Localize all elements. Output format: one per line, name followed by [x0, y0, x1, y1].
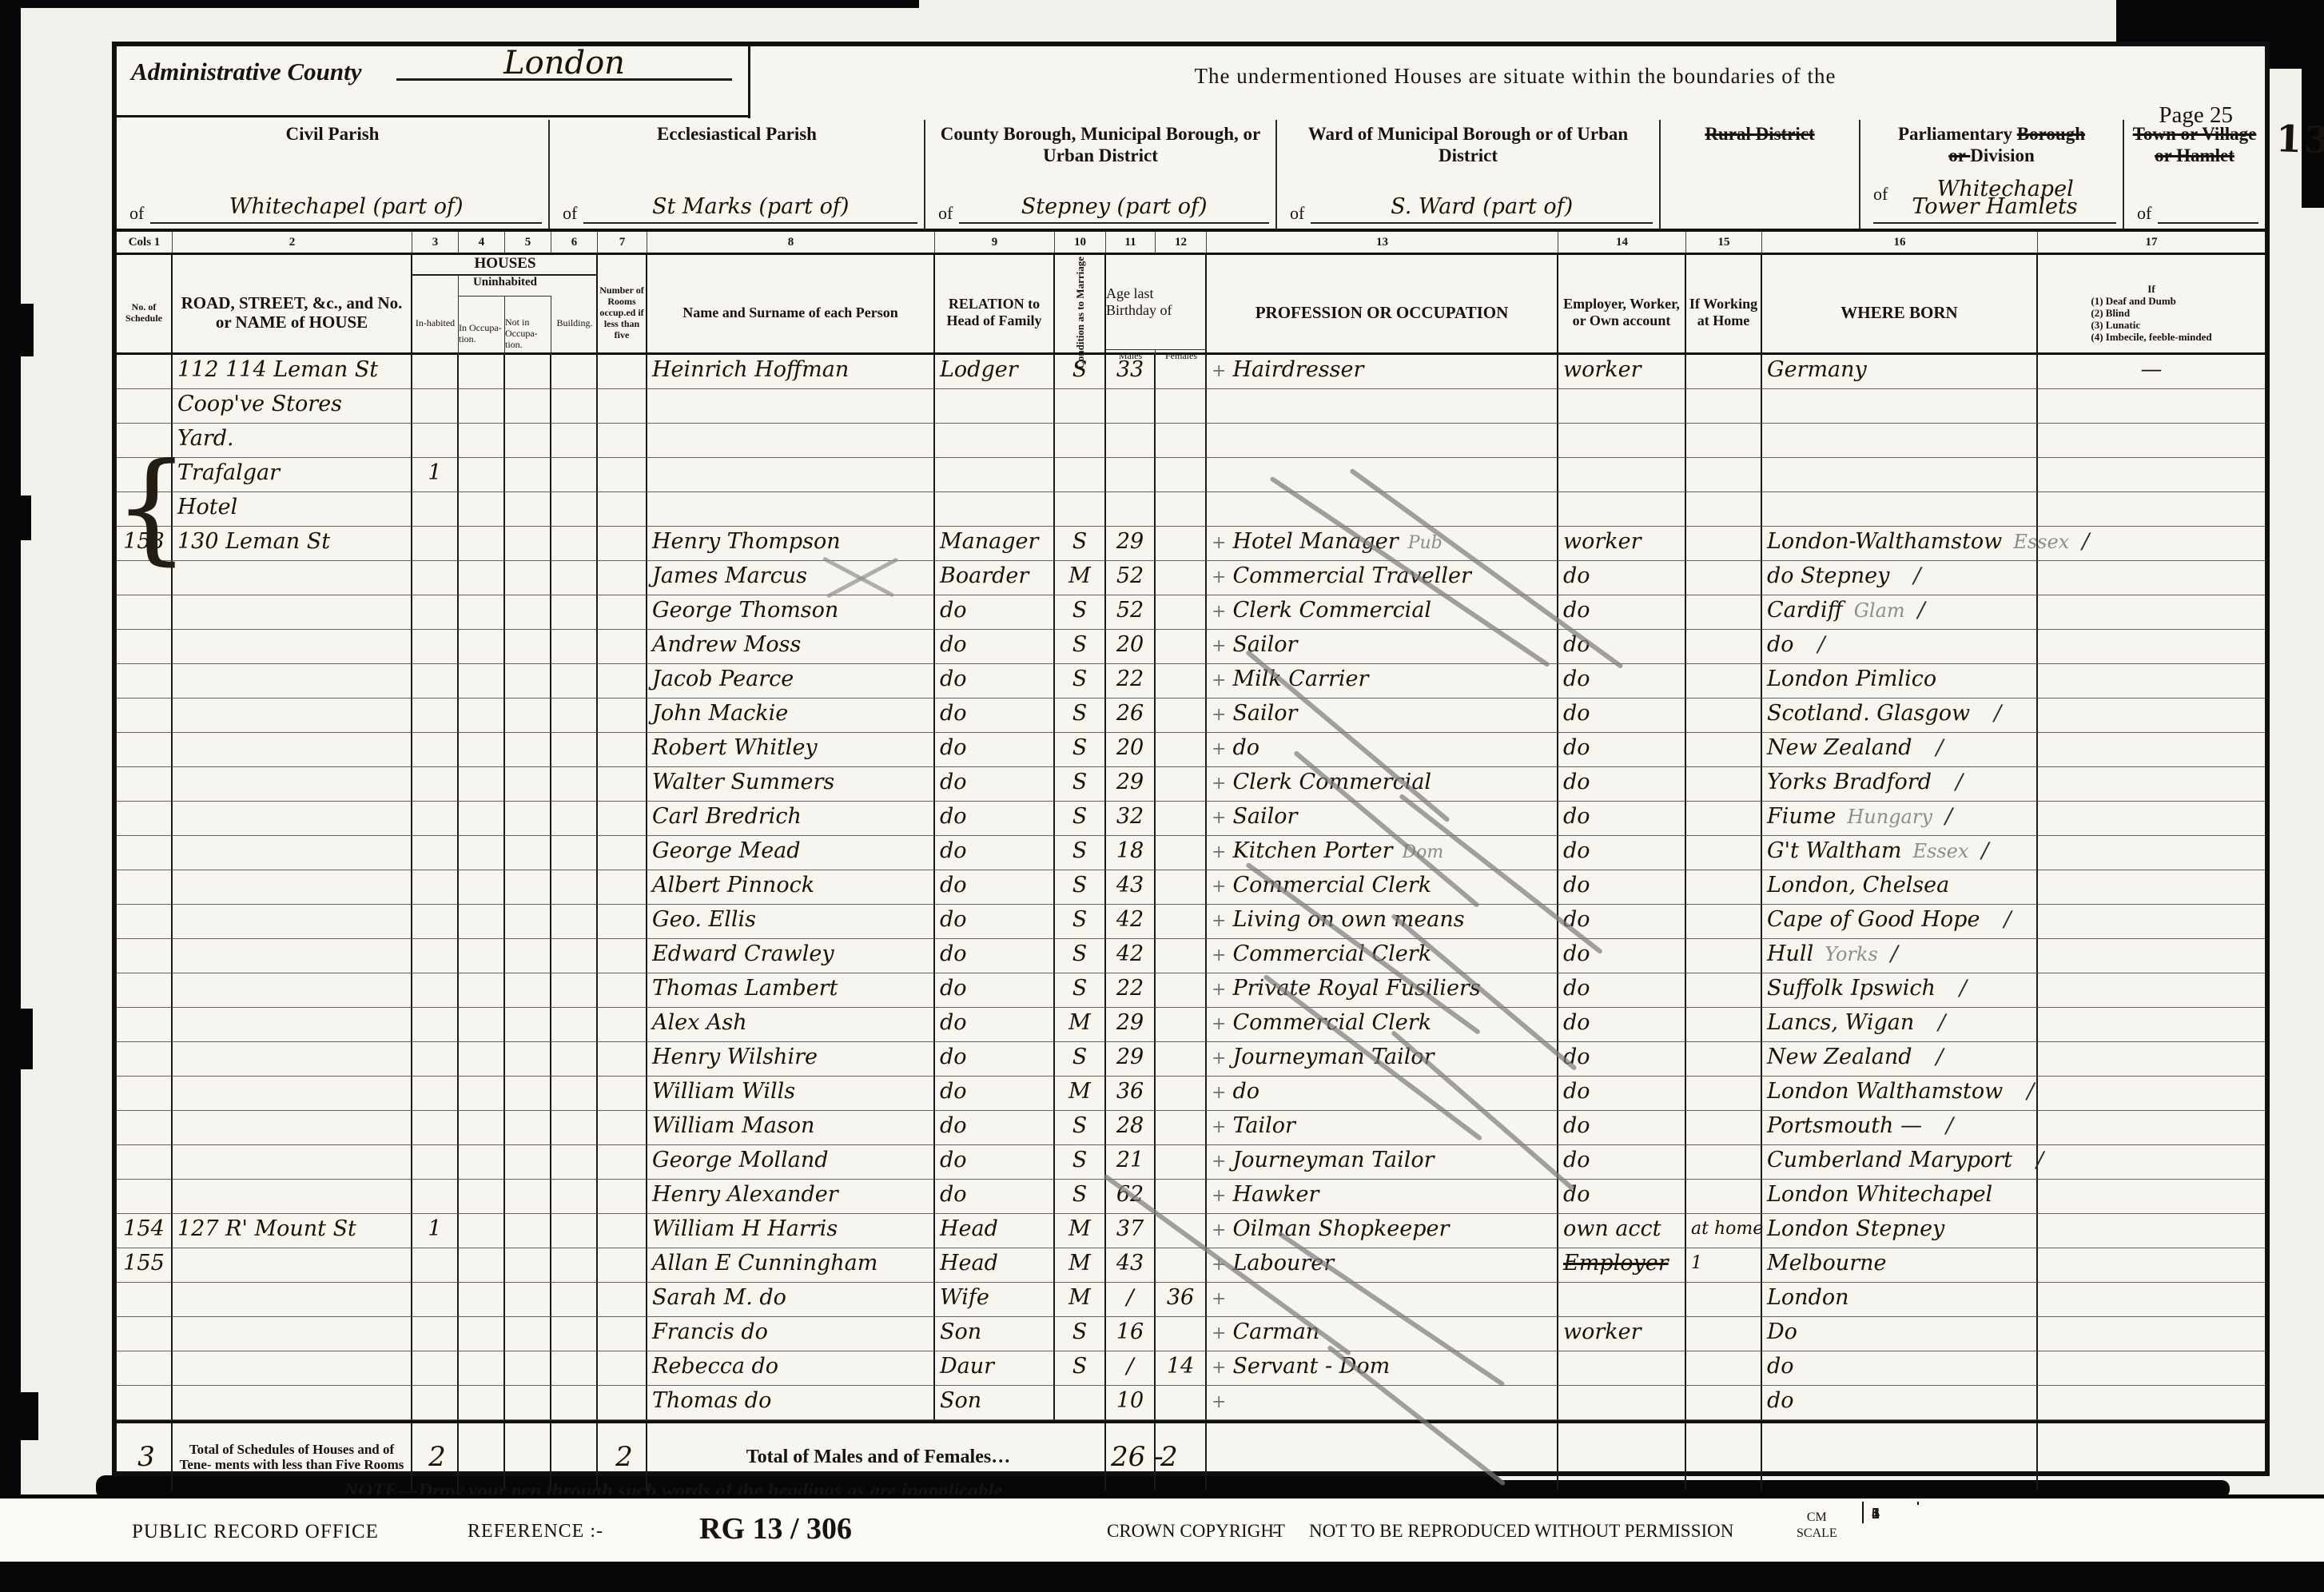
cell-at-home: [1686, 767, 1762, 802]
cell-name: George Mead: [647, 836, 935, 870]
cell-occupation: +Milk Carrier: [1207, 664, 1558, 698]
cell-relation: do: [935, 664, 1055, 698]
born-pencil-note: Hungary: [1847, 806, 1932, 828]
cell-employer: do: [1558, 767, 1686, 802]
pro-reference-label: REFERENCE :-: [468, 1521, 603, 1542]
cell-born: London, Chelsea: [1762, 870, 2038, 905]
born-tick: ∕: [1946, 1113, 1953, 1138]
born-text: Do: [1767, 1319, 1797, 1344]
administrative-county-value: London: [396, 48, 732, 81]
cell-age-male: 21: [1106, 1145, 1156, 1180]
cell-uninhabited-not-occupation: [505, 1386, 551, 1420]
cell-uninhabited-not-occupation: [505, 1214, 551, 1248]
cell-relation: Boarder: [935, 561, 1055, 595]
cell-road: 127 R' Mount St: [173, 1214, 412, 1248]
cell-name: Geo. Ellis: [647, 905, 935, 939]
cm-scale-cell-end: [1862, 1502, 1919, 1505]
county-borough-box: County Borough, Municipal Borough, or Ur…: [924, 120, 1275, 229]
born-text: Cumberland Maryport: [1767, 1148, 2012, 1172]
cell-schedule: [117, 802, 173, 836]
header-rule: [117, 115, 748, 117]
table-header: No. of Schedule ROAD, STREET, &c., and N…: [117, 255, 2265, 355]
cell-born: do: [1762, 1351, 2038, 1386]
cell-rooms: [598, 1283, 647, 1317]
born-text: London Whitechapel: [1767, 1182, 1992, 1207]
cell-age-female: [1156, 767, 1207, 802]
cell-rooms: [598, 836, 647, 870]
table-row: George Thomson do S 52 +Clerk Commercial…: [117, 595, 2265, 630]
born-text: do: [1767, 632, 1794, 657]
table-row: Trafalgar 1: [117, 458, 2265, 492]
cell-uninhabited-in-occupation: [459, 1248, 505, 1283]
cell-born: New Zealand∕: [1762, 733, 2038, 767]
employer-text: do: [1563, 598, 1590, 623]
cell-road: [173, 767, 412, 802]
cell-born: G't WalthamEssex∕: [1762, 836, 2038, 870]
scan-blot: [21, 1009, 33, 1069]
cell-at-home: [1686, 1008, 1762, 1042]
cell-employer: worker: [1558, 355, 1686, 389]
cell-at-home: [1686, 973, 1762, 1008]
public-record-office-bar: PUBLIC RECORD OFFICE REFERENCE :- RG 13 …: [0, 1494, 2324, 1566]
column-number-15: 15: [1686, 232, 1762, 253]
cell-road: [173, 630, 412, 664]
occupation-text: Journeyman Tailor: [1232, 1045, 1434, 1069]
cell-condition: [1055, 389, 1106, 424]
pro-office-label: PUBLIC RECORD OFFICE: [132, 1521, 379, 1543]
table-row: Robert Whitley do S 20 +do do New Zealan…: [117, 733, 2265, 767]
table-row: John Mackie do S 26 +Sailor do Scotland.…: [117, 698, 2265, 733]
total-schedules-value: 3: [117, 1423, 173, 1491]
cell-uninhabited-in-occupation: [459, 802, 505, 836]
cell-at-home: [1686, 802, 1762, 836]
column-number-4: 4: [459, 232, 505, 253]
cell-age-male: 36: [1106, 1077, 1156, 1111]
table-body: 112 114 Leman St Heinrich Hoffman Lodger…: [117, 355, 2265, 1420]
cell-rooms: [598, 905, 647, 939]
enumerator-mark: +: [1212, 1049, 1226, 1069]
cell-uninhabited-not-occupation: [505, 836, 551, 870]
cell-schedule: [117, 1042, 173, 1077]
column-number-17: 17: [2038, 232, 2265, 253]
employer-text: do: [1563, 941, 1590, 966]
cell-employer: do: [1558, 733, 1686, 767]
cell-condition: S: [1055, 939, 1106, 973]
header-boxes: Civil Parish of Whitechapel (part of) Ec…: [117, 120, 2265, 229]
cell-building: [551, 802, 598, 836]
cell-employer: [1558, 1351, 1686, 1386]
cell-infirmity: [2038, 1248, 2265, 1283]
cell-age-female: [1156, 1077, 1207, 1111]
cell-age-female: [1156, 1145, 1207, 1180]
civil-parish-value: Whitechapel (part of): [150, 192, 542, 224]
cell-uninhabited-in-occupation: [459, 630, 505, 664]
cell-uninhabited-in-occupation: [459, 595, 505, 630]
cell-uninhabited-in-occupation: [459, 458, 505, 492]
born-text: Scotland. Glasgow: [1767, 701, 1970, 726]
cell-uninhabited-in-occupation: [459, 733, 505, 767]
cell-uninhabited-not-occupation: [505, 527, 551, 561]
column-number-6: 6: [551, 232, 598, 253]
schedule-brace: {: [113, 448, 189, 567]
born-tick: ∕: [1938, 1010, 1945, 1035]
cell-infirmity: [2038, 973, 2265, 1008]
cell-infirmity: [2038, 527, 2265, 561]
cell-employer: do: [1558, 973, 1686, 1008]
ward-title: Ward of Municipal Borough or of Urban Di…: [1277, 123, 1659, 166]
cell-age-female: [1156, 424, 1207, 458]
cell-building: [551, 1111, 598, 1145]
cell-building: [551, 939, 598, 973]
col-infirmity: If (1) Deaf and Dumb (2) Blind (3) Lunat…: [2038, 255, 2265, 370]
table-row: Henry Alexander do S 62 +Hawker do Londo…: [117, 1180, 2265, 1214]
cell-road: [173, 1008, 412, 1042]
cell-employer: [1558, 424, 1686, 458]
cell-uninhabited-in-occupation: [459, 1008, 505, 1042]
column-number-14: 14: [1558, 232, 1686, 253]
cell-employer: worker: [1558, 1317, 1686, 1351]
cell-infirmity: [2038, 1111, 2265, 1145]
cell-road: [173, 698, 412, 733]
cell-relation: do: [935, 939, 1055, 973]
cell-name: James Marcus: [647, 561, 935, 595]
cell-at-home: [1686, 870, 1762, 905]
cell-road: [173, 1042, 412, 1077]
cell-inhabited: [412, 595, 459, 630]
enumerator-mark: +: [1212, 533, 1226, 553]
cell-infirmity: [2038, 389, 2265, 424]
cell-name: William Mason: [647, 1111, 935, 1145]
cell-relation: do: [935, 733, 1055, 767]
cell-occupation: +Journeyman Tailor: [1207, 1042, 1558, 1077]
cell-employer: do: [1558, 1180, 1686, 1214]
cell-occupation: +Living on own means: [1207, 905, 1558, 939]
cell-infirmity: [2038, 1351, 2265, 1386]
cell-age-male: 29: [1106, 527, 1156, 561]
cell-inhabited: [412, 905, 459, 939]
cell-name: Sarah M. do: [647, 1283, 935, 1317]
cell-uninhabited-not-occupation: [505, 733, 551, 767]
cell-uninhabited-in-occupation: [459, 870, 505, 905]
cell-infirmity: [2038, 1214, 2265, 1248]
cell-age-female: [1156, 1386, 1207, 1420]
cell-age-male: 16: [1106, 1317, 1156, 1351]
cell-rooms: [598, 870, 647, 905]
cell-infirmity: [2038, 458, 2265, 492]
cell-condition: S: [1055, 664, 1106, 698]
employer-text: do: [1563, 976, 1590, 1001]
cell-uninhabited-in-occupation: [459, 973, 505, 1008]
enumerator-mark: +: [1212, 1186, 1226, 1206]
cell-born: London Stepney: [1762, 1214, 2038, 1248]
census-form: Administrative County London The underme…: [112, 42, 2270, 1476]
borough-struck: Borough: [2017, 124, 2085, 144]
total-males: 26 -: [1106, 1423, 1156, 1491]
cell-road: [173, 1283, 412, 1317]
cell-condition: M: [1055, 1008, 1106, 1042]
born-text: Melbourne: [1767, 1251, 1886, 1276]
cell-born: Melbourne: [1762, 1248, 2038, 1283]
born-text: Yorks Bradford: [1767, 770, 1932, 794]
table-row: Geo. Ellis do S 42 +Living on own means …: [117, 905, 2265, 939]
cell-born: [1762, 492, 2038, 527]
occupation-text: Sailor: [1232, 804, 1297, 829]
cell-uninhabited-not-occupation: [505, 389, 551, 424]
col-age-group: Age last Birthday of Males Females: [1106, 255, 1207, 370]
cell-uninhabited-in-occupation: [459, 664, 505, 698]
cell-born: HullYorks∕: [1762, 939, 2038, 973]
cell-infirmity: [2038, 939, 2265, 973]
cell-road: [173, 836, 412, 870]
cell-uninhabited-not-occupation: [505, 870, 551, 905]
col-uninhabited: Uninhabited: [459, 276, 551, 297]
cm-scale-cell-6: 6: [1862, 1502, 1919, 1523]
cell-road: 112 114 Leman St: [173, 355, 412, 389]
cell-name: [647, 424, 935, 458]
col-rooms: Number of Rooms occup.ed if less than fi…: [598, 255, 647, 370]
cell-born: Yorks Bradford∕: [1762, 767, 2038, 802]
cell-age-male: [1106, 492, 1156, 527]
cell-age-female: [1156, 355, 1207, 389]
cell-inhabited: [412, 939, 459, 973]
town-village-title: Town or Village or Hamlet: [2124, 123, 2265, 166]
cell-relation: Head: [935, 1248, 1055, 1283]
cell-road: [173, 870, 412, 905]
of-label: of: [938, 203, 953, 224]
column-number-10: 10: [1055, 232, 1106, 253]
cell-building: [551, 1077, 598, 1111]
cell-age-female: [1156, 595, 1207, 630]
cell-employer: do: [1558, 870, 1686, 905]
cell-inhabited: [412, 698, 459, 733]
employer-text: do: [1563, 804, 1590, 829]
cell-at-home: [1686, 939, 1762, 973]
cell-schedule: [117, 389, 173, 424]
cell-rooms: [598, 355, 647, 389]
cell-building: [551, 664, 598, 698]
column-number-8: 8: [647, 232, 935, 253]
cell-infirmity: [2038, 1042, 2265, 1077]
cell-born: do: [1762, 1386, 2038, 1420]
infirmity-if: If: [2091, 283, 2211, 295]
cell-employer: do: [1558, 802, 1686, 836]
cell-employer: [1558, 389, 1686, 424]
cell-occupation: +Kitchen PorterDom: [1207, 836, 1558, 870]
cell-at-home: [1686, 424, 1762, 458]
cell-uninhabited-in-occupation: [459, 355, 505, 389]
of-label: of: [2137, 203, 2151, 224]
cell-name: [647, 492, 935, 527]
cell-uninhabited-not-occupation: [505, 1111, 551, 1145]
division-word: Division: [1970, 145, 2035, 165]
cell-schedule: [117, 905, 173, 939]
cell-inhabited: [412, 836, 459, 870]
cell-name: Allan E Cunningham: [647, 1248, 935, 1283]
cell-name: George Thomson: [647, 595, 935, 630]
cell-rooms: [598, 458, 647, 492]
cell-schedule: 155: [117, 1248, 173, 1283]
cell-employer: Employer: [1558, 1248, 1686, 1283]
cell-rooms: [598, 1008, 647, 1042]
cell-schedule: [117, 1317, 173, 1351]
cell-occupation: +Oilman Shopkeeper: [1207, 1214, 1558, 1248]
cell-born: Cape of Good Hope∕: [1762, 905, 2038, 939]
cell-at-home: 1: [1686, 1248, 1762, 1283]
cell-uninhabited-in-occupation: [459, 1077, 505, 1111]
born-text: do: [1767, 1354, 1794, 1379]
cell-occupation: [1207, 458, 1558, 492]
cell-age-male: 37: [1106, 1214, 1156, 1248]
column-number-3: 3: [412, 232, 459, 253]
cell-born: London-WalthamstowEssex∕: [1762, 527, 2038, 561]
born-pencil-note: Glam: [1854, 599, 1905, 622]
cell-uninhabited-in-occupation: [459, 939, 505, 973]
cell-born: London Pimlico: [1762, 664, 2038, 698]
parliamentary-word: Parliamentary: [1898, 124, 2017, 144]
or-struck: or: [1948, 145, 1970, 165]
cell-born: [1762, 458, 2038, 492]
cell-uninhabited-not-occupation: [505, 1248, 551, 1283]
cell-building: [551, 698, 598, 733]
occupation-text: Sailor: [1232, 701, 1297, 726]
cell-uninhabited-in-occupation: [459, 1145, 505, 1180]
col-at-home: If Working at Home: [1686, 255, 1762, 370]
cell-uninhabited-in-occupation: [459, 905, 505, 939]
cell-at-home: at home: [1686, 1214, 1762, 1248]
table-row: Yard.: [117, 424, 2265, 458]
enumerator-mark: +: [1212, 1323, 1226, 1343]
cell-building: [551, 389, 598, 424]
cell-born: [1762, 389, 2038, 424]
pro-cm-scale-label: CM SCALE: [1797, 1510, 1837, 1542]
cell-at-home: [1686, 1317, 1762, 1351]
cell-occupation: +Clerk Commercial: [1207, 595, 1558, 630]
cell-inhabited: [412, 767, 459, 802]
administrative-county-label: Administrative County: [131, 58, 362, 86]
cell-at-home: [1686, 1180, 1762, 1214]
cell-employer: worker: [1558, 527, 1686, 561]
cell-relation: [935, 492, 1055, 527]
cell-uninhabited-not-occupation: [505, 1042, 551, 1077]
cell-inhabited: [412, 492, 459, 527]
cell-age-female: [1156, 870, 1207, 905]
cell-age-female: [1156, 733, 1207, 767]
born-pencil-note: Yorks: [1825, 943, 1878, 965]
cell-infirmity: [2038, 424, 2265, 458]
employer-text: do: [1563, 838, 1590, 863]
cell-at-home: [1686, 630, 1762, 664]
cell-inhabited: [412, 1145, 459, 1180]
cell-infirmity: [2038, 698, 2265, 733]
cell-age-female: [1156, 1317, 1207, 1351]
column-number-11: 11: [1106, 232, 1156, 253]
cell-born: London Whitechapel: [1762, 1180, 2038, 1214]
cell-relation: do: [935, 698, 1055, 733]
column-number-16: 16: [1762, 232, 2038, 253]
employer-text: own acct: [1563, 1216, 1661, 1241]
cell-born: New Zealand∕: [1762, 1042, 2038, 1077]
born-tick: ∕: [2027, 1079, 2034, 1104]
cell-inhabited: 1: [412, 1214, 459, 1248]
table-row: Edward Crawley do S 42 +Commercial Clerk…: [117, 939, 2265, 973]
occupation-text: Hairdresser: [1232, 357, 1363, 382]
cell-at-home: [1686, 905, 1762, 939]
cell-uninhabited-in-occupation: [459, 1386, 505, 1420]
cell-name: Heinrich Hoffman: [647, 355, 935, 389]
cell-age-female: [1156, 1180, 1207, 1214]
cell-employer: [1558, 1283, 1686, 1317]
born-text: London: [1767, 1285, 1849, 1310]
enumerator-mark: +: [1212, 602, 1226, 622]
cell-age-male: 28: [1106, 1111, 1156, 1145]
enumerator-mark: +: [1212, 1117, 1226, 1137]
cell-uninhabited-not-occupation: [505, 1180, 551, 1214]
cell-occupation: +Hawker: [1207, 1180, 1558, 1214]
cell-relation: do: [935, 1077, 1055, 1111]
occupation-text: Sailor: [1232, 632, 1297, 657]
born-tick: ∕: [1936, 1045, 1944, 1069]
cell-at-home: [1686, 492, 1762, 527]
cell-name: Alex Ash: [647, 1008, 935, 1042]
cell-condition: [1055, 492, 1106, 527]
total-empty: [1762, 1423, 2038, 1491]
cell-born: Suffolk Ipswich∕: [1762, 973, 2038, 1008]
cell-age-female: [1156, 1008, 1207, 1042]
parliamentary-title: Parliamentary Borough or Division: [1860, 123, 2123, 166]
born-text: London Walthamstow: [1767, 1079, 2003, 1104]
cell-age-female: [1156, 1248, 1207, 1283]
table-row: George Molland do S 21 +Journeyman Tailo…: [117, 1145, 2265, 1180]
undermentioned-statement: The undermentioned Houses are situate wi…: [916, 64, 2115, 89]
cell-building: [551, 1145, 598, 1180]
cell-born: [1762, 424, 2038, 458]
table-row: Thomas Lambert do S 22 +Private Royal Fu…: [117, 973, 2265, 1008]
cell-inhabited: [412, 733, 459, 767]
total-empty: [2038, 1423, 2265, 1491]
cell-rooms: [598, 767, 647, 802]
occupation-text: Kitchen Porter: [1232, 838, 1392, 863]
cell-name: William Wills: [647, 1077, 935, 1111]
cell-uninhabited-in-occupation: [459, 1317, 505, 1351]
cell-age-female: [1156, 492, 1207, 527]
cell-inhabited: [412, 1386, 459, 1420]
cell-schedule: [117, 630, 173, 664]
cell-age-female: [1156, 458, 1207, 492]
cell-name: Walter Summers: [647, 767, 935, 802]
cell-occupation: +Journeyman Tailor: [1207, 1145, 1558, 1180]
cell-condition: [1055, 458, 1106, 492]
cell-age-male: [1106, 389, 1156, 424]
cell-rooms: [598, 1351, 647, 1386]
cell-building: [551, 973, 598, 1008]
cell-building: [551, 733, 598, 767]
enumerator-mark: +: [1212, 361, 1226, 381]
cell-relation: [935, 424, 1055, 458]
cell-building: [551, 836, 598, 870]
enumerator-mark: +: [1212, 1014, 1226, 1034]
cell-infirmity: [2038, 595, 2265, 630]
cell-rooms: [598, 492, 647, 527]
cell-employer: [1558, 458, 1686, 492]
occupation-text: Hawker: [1232, 1182, 1319, 1207]
cell-road: [173, 595, 412, 630]
scan-blot: [21, 496, 31, 540]
cell-at-home: [1686, 733, 1762, 767]
cell-rooms: [598, 389, 647, 424]
born-tick: ∕: [2004, 907, 2011, 932]
cell-relation: do: [935, 767, 1055, 802]
employer-text: Employer: [1563, 1251, 1669, 1276]
